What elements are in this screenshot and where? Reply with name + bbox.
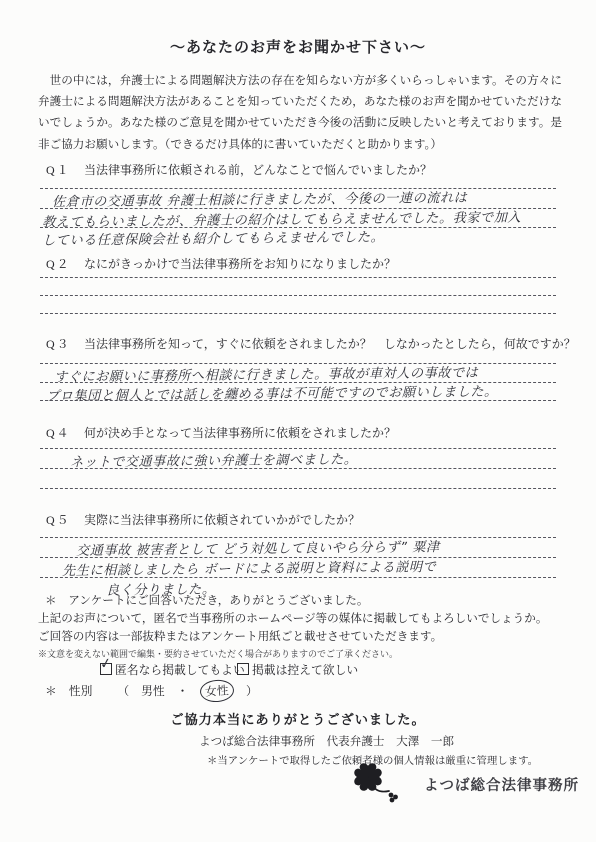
checkbox-unchecked[interactable] [237, 663, 249, 675]
answer-field-q3[interactable]: すぐにお願いに事務所へ相談に行きました。事故が車対人の事故では プロ集団と個人と… [40, 358, 557, 408]
question-4-label: Q４ [46, 424, 71, 441]
consent-option-decline[interactable]: 掲載は控えて欲しい [237, 661, 358, 678]
answer-field-q2[interactable] [40, 270, 557, 320]
handwritten-answer: している任意保険会社も紹介してもらえませんでした。 [42, 226, 384, 249]
question-5-text: 実際に当法律事務所に依頼されていかがでしたか？ [84, 511, 360, 528]
question-5-label: Q５ [46, 511, 71, 528]
answer-line [40, 295, 556, 296]
answer-line [40, 313, 556, 314]
answer-field-q4[interactable]: ネットで交通事故に強い弁護士を調べました。 [40, 443, 557, 495]
four-leaf-clover-icon [348, 757, 410, 814]
consent-option-anonymous-ok[interactable]: ✓匿名なら掲載してもよい [100, 661, 245, 678]
publish-consent-detail: ご回答の内容は一部抜粋またはアンケート用紙ごと載せさせていただきます。 [38, 628, 442, 644]
publish-consent-question: 上記のお声について，匿名で当事務所のホームページ等の媒体に掲載してもよろしいでし… [38, 610, 547, 626]
gender-separator: ・ [177, 684, 189, 698]
gender-bullet: ＊ [45, 684, 57, 698]
question-4-text: 何が決め手となって当法律事務所に依頼をされましたか？ [84, 424, 396, 441]
page-title: ～あなたのお声をお聞かせ下さい～ [0, 36, 596, 57]
question-1-label: Q１ [46, 161, 71, 178]
intro-paragraph: 世の中には，弁護士による問題解決方法の存在を知らない方が多くいらっしゃいます。そ… [38, 70, 562, 155]
answer-line [40, 488, 556, 489]
gender-option-female-circled[interactable]: 女性 [200, 679, 235, 703]
checkbox-checked[interactable]: ✓ [100, 663, 112, 675]
handwritten-answer: 交通事故 被害者として どう対処して良いやら分らず” 粟津 [76, 536, 440, 559]
handwritten-answer: ネットで交通事故に強い弁護士を調べました。 [70, 448, 358, 470]
question-3-label: Q３ [46, 335, 71, 352]
consent-option-label: 匿名なら掲載してもよい [115, 663, 245, 677]
consent-option-label: 掲載は控えて欲しい [252, 663, 358, 677]
closing-thanks: ご協力本当にありがとうございました。 [0, 709, 596, 728]
answer-field-q1[interactable]: 佐倉市の交通事故 弁護士相談に行きましたが、今後の一連の流れは 教えてもらいまし… [40, 183, 557, 247]
gender-label: 性別 [69, 684, 93, 698]
question-3-text: 当法律事務所を知って，すぐに依頼をされましたか？ しなかったとしたら，何故ですか… [84, 335, 576, 352]
gender-option-male[interactable]: 男性 [141, 684, 165, 698]
firm-representative-line: よつば総合法律事務所 代表弁護士 大澤 一郎 [199, 733, 454, 749]
firm-logo-text: よつば総合法律事務所 [424, 774, 579, 795]
survey-thanks-note: ＊ アンケートにご回答いただき，ありがとうございました。 [45, 592, 368, 608]
handwritten-answer: 佐倉市の交通事故 弁護士相談に行きましたが、今後の一連の流れは [52, 187, 468, 210]
question-1-text: 当法律事務所に依頼される前，どんなことで悩んでいましたか？ [84, 161, 432, 178]
handwritten-answer: 先生に相談しましたら ボードによる説明と資料による説明で [62, 556, 436, 579]
questionnaire-page: ～あなたのお声をお聞かせ下さい～ 世の中には，弁護士による問題解決方法の存在を知… [0, 0, 596, 842]
paren-open: （ [117, 684, 129, 698]
paren-close: ） [246, 684, 258, 698]
answer-line [40, 277, 556, 278]
edit-disclaimer-fineprint: ※文意を変えない範囲で編集・要約させていただく場合がありますのでご了承ください。 [38, 647, 398, 660]
gender-field: ＊ 性別 （ 男性 ・ 女性 ） [45, 680, 267, 702]
